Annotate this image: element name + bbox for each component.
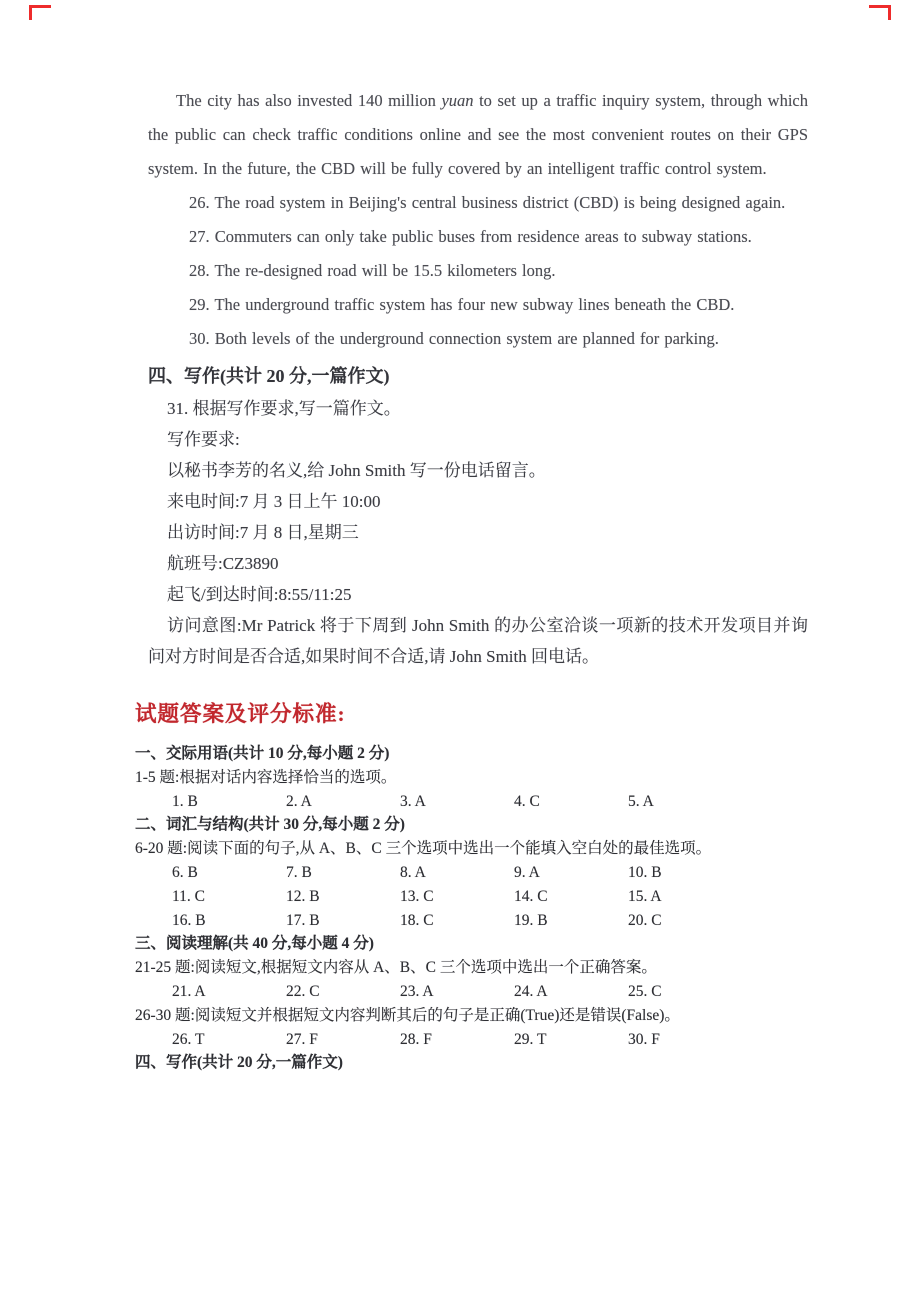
answer-instruction-1-5: 1-5 题:根据对话内容选择恰当的选项。 [135, 766, 808, 790]
writing-line-flight-number: 航班号:CZ3890 [148, 548, 808, 579]
answer-row-16-20: 16. B 17. B 18. C 19. B 20. C [135, 909, 808, 933]
answer-cell-22: 22. C [286, 980, 400, 1004]
answer-cell-25: 25. C [628, 980, 742, 1004]
answer-instruction-26-30: 26-30 题:阅读短文并根据短文内容判断其后的句子是正确(True)还是错误(… [135, 1004, 808, 1028]
answer-cell-20: 20. C [628, 909, 742, 933]
answer-key-section: 一、交际用语(共计 10 分,每小题 2 分) 1-5 题:根据对话内容选择恰当… [135, 742, 808, 1075]
answer-cell-30: 30. F [628, 1028, 742, 1052]
writing-line-visit-time: 出访时间:7 月 8 日,星期三 [148, 517, 808, 548]
answer-section-1-heading: 一、交际用语(共计 10 分,每小题 2 分) [135, 742, 808, 766]
answer-key-title: 试题答案及评分标准: [135, 700, 808, 728]
answer-cell-21: 21. A [172, 980, 286, 1004]
writing-line-visit-purpose: 访问意图:Mr Patrick 将于下周到 John Smith 的办公室洽谈一… [148, 610, 808, 672]
answer-cell-24: 24. A [514, 980, 628, 1004]
writing-line-role: 以秘书李芳的名义,给 John Smith 写一份电话留言。 [148, 455, 808, 486]
true-false-item-30: 30. Both levels of the underground conne… [148, 322, 808, 356]
answer-cell-4: 4. C [514, 790, 628, 814]
answer-cell-23: 23. A [400, 980, 514, 1004]
answer-section-2-heading: 二、词汇与结构(共计 30 分,每小题 2 分) [135, 813, 808, 837]
reading-passage-paragraph: The city has also invested 140 million y… [148, 84, 808, 186]
writing-section-heading: 四、写作(共计 20 分,一篇作文) [148, 359, 808, 393]
answer-row-6-10: 6. B 7. B 8. A 9. A 10. B [135, 861, 808, 885]
true-false-item-26: 26. The road system in Beijing's central… [148, 186, 808, 220]
answer-section-3-heading: 三、阅读理解(共 40 分,每小题 4 分) [135, 932, 808, 956]
answer-cell-6: 6. B [172, 861, 286, 885]
answer-cell-12: 12. B [286, 885, 400, 909]
writing-line-call-time: 来电时间:7 月 3 日上午 10:00 [148, 486, 808, 517]
answer-cell-9: 9. A [514, 861, 628, 885]
document-content: The city has also invested 140 million y… [148, 84, 808, 1075]
corner-mark-top-left-icon [29, 5, 51, 20]
answer-cell-2: 2. A [286, 790, 400, 814]
answer-cell-8: 8. A [400, 861, 514, 885]
answer-instruction-6-20: 6-20 题:阅读下面的句子,从 A、B、C 三个选项中选出一个能填入空白处的最… [135, 837, 808, 861]
answer-cell-18: 18. C [400, 909, 514, 933]
answer-cell-27: 27. F [286, 1028, 400, 1052]
answer-cell-19: 19. B [514, 909, 628, 933]
answer-cell-14: 14. C [514, 885, 628, 909]
writing-line-31: 31. 根据写作要求,写一篇作文。 [148, 393, 808, 424]
italic-term-yuan: yuan [441, 91, 473, 110]
answer-cell-15: 15. A [628, 885, 742, 909]
answer-row-21-25: 21. A 22. C 23. A 24. A 25. C [135, 980, 808, 1004]
answer-cell-13: 13. C [400, 885, 514, 909]
answer-row-26-30: 26. T 27. F 28. F 29. T 30. F [135, 1028, 808, 1052]
writing-line-departure-arrival: 起飞/到达时间:8:55/11:25 [148, 579, 808, 610]
corner-mark-top-right-icon [869, 5, 891, 20]
answer-cell-16: 16. B [172, 909, 286, 933]
paragraph-text-before: The city has also invested 140 million [176, 91, 441, 110]
answer-section-4-heading: 四、写作(共计 20 分,一篇作文) [135, 1051, 808, 1075]
answer-cell-26: 26. T [172, 1028, 286, 1052]
answer-cell-10: 10. B [628, 861, 742, 885]
answer-cell-7: 7. B [286, 861, 400, 885]
document-page: The city has also invested 140 million y… [0, 0, 920, 1302]
answer-cell-11: 11. C [172, 885, 286, 909]
answer-cell-3: 3. A [400, 790, 514, 814]
true-false-item-29: 29. The underground traffic system has f… [148, 288, 808, 322]
true-false-item-27: 27. Commuters can only take public buses… [148, 220, 808, 254]
answer-row-1-5: 1. B 2. A 3. A 4. C 5. A [135, 790, 808, 814]
answer-cell-5: 5. A [628, 790, 742, 814]
answer-instruction-21-25: 21-25 题:阅读短文,根据短文内容从 A、B、C 三个选项中选出一个正确答案… [135, 956, 808, 980]
answer-cell-17: 17. B [286, 909, 400, 933]
answer-row-11-15: 11. C 12. B 13. C 14. C 15. A [135, 885, 808, 909]
writing-line-requirements: 写作要求: [148, 424, 808, 455]
answer-cell-1: 1. B [172, 790, 286, 814]
answer-cell-28: 28. F [400, 1028, 514, 1052]
true-false-item-28: 28. The re-designed road will be 15.5 ki… [148, 254, 808, 288]
answer-cell-29: 29. T [514, 1028, 628, 1052]
